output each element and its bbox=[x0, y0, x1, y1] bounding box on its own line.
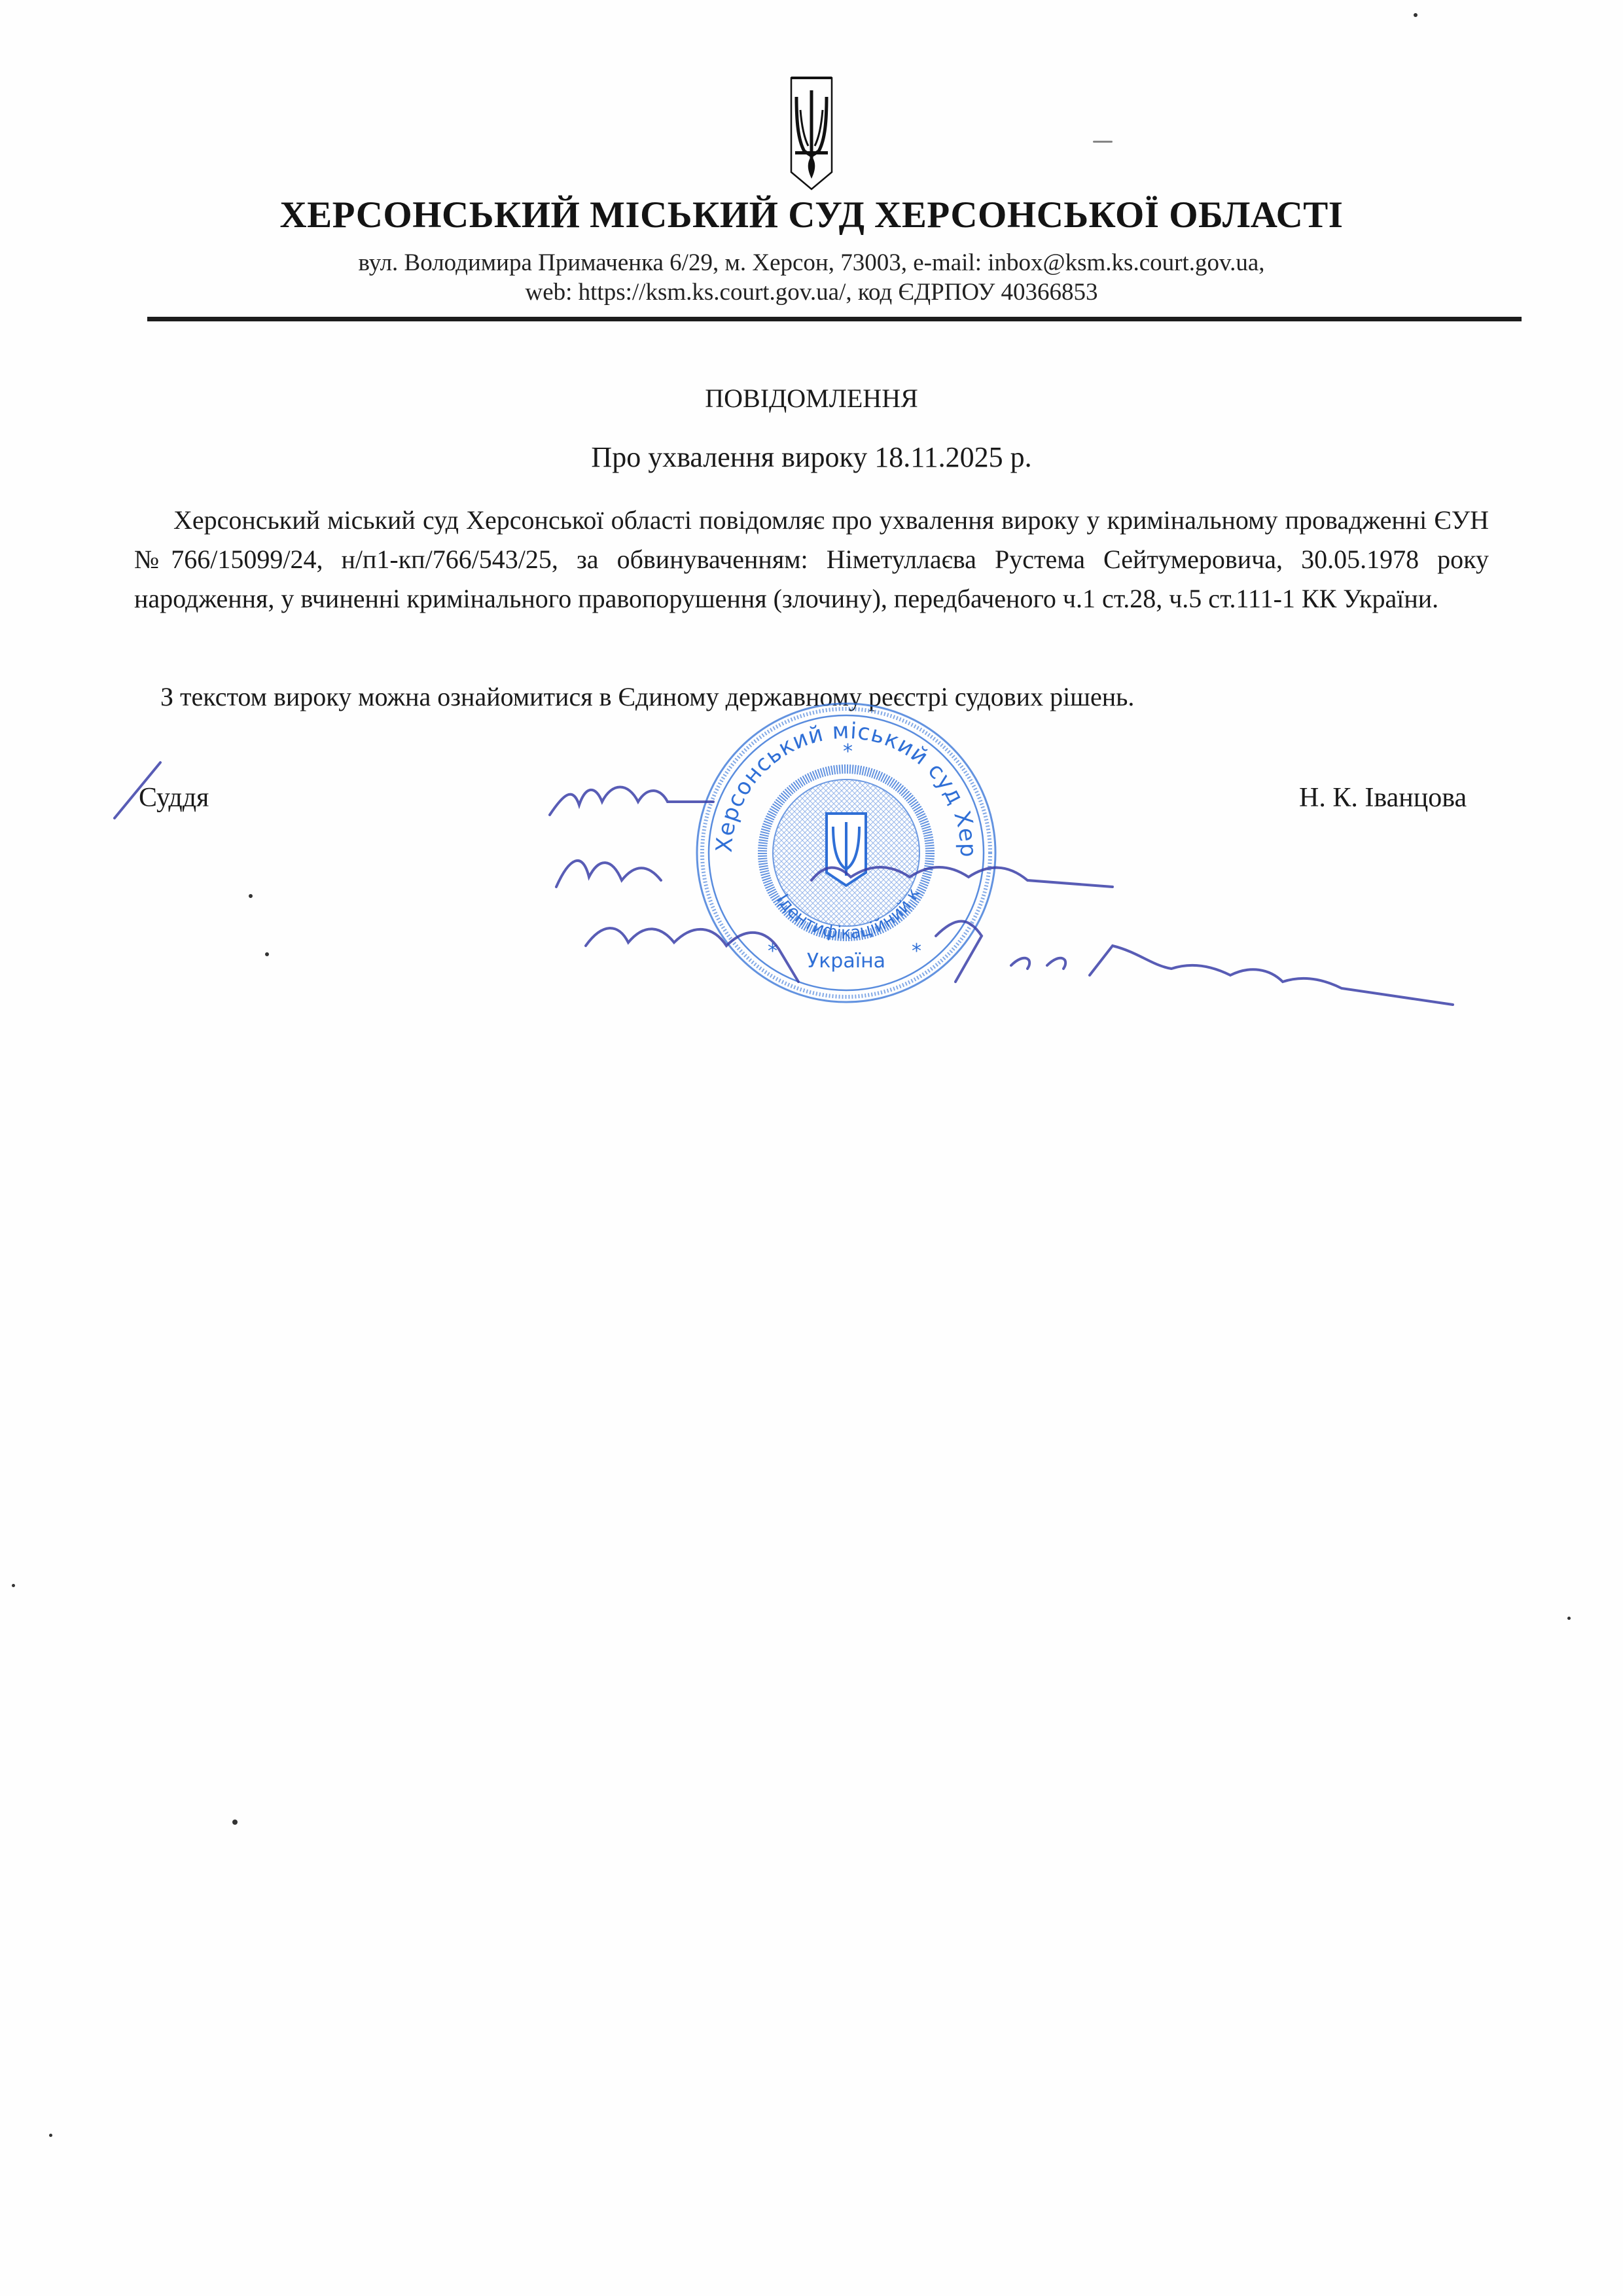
document-subject: Про ухвалення вироку 18.11.2025 р. bbox=[0, 440, 1623, 474]
scan-speck bbox=[49, 2134, 52, 2137]
scan-speck bbox=[232, 1820, 238, 1825]
court-name: ХЕРСОНСЬКИЙ МІСЬКИЙ СУД ХЕРСОНСЬКОЇ ОБЛА… bbox=[0, 194, 1623, 236]
handwritten-signature-notes bbox=[0, 0, 1623, 2296]
document-page: ХЕРСОНСЬКИЙ МІСЬКИЙ СУД ХЕРСОНСЬКОЇ ОБЛА… bbox=[0, 0, 1623, 2296]
document-type: ПОВІДОМЛЕННЯ bbox=[0, 383, 1623, 414]
scan-speck bbox=[12, 1584, 15, 1587]
notice-paragraph-main: Херсонський міський суд Херсонської обла… bbox=[134, 501, 1489, 619]
court-address: вул. Володимира Примаченка 6/29, м. Херс… bbox=[0, 249, 1623, 277]
svg-text:*: * bbox=[843, 740, 853, 763]
scan-speck bbox=[265, 952, 269, 956]
svg-text:*: * bbox=[768, 940, 777, 963]
court-seal-stamp: Херсонський міський суд Херсонської обла… bbox=[692, 699, 1000, 1007]
scan-speck bbox=[1093, 141, 1113, 143]
scan-speck bbox=[1414, 13, 1418, 17]
stamp-bottom-text: Україна bbox=[807, 950, 885, 973]
scan-speck bbox=[1567, 1617, 1571, 1620]
letterhead-divider bbox=[147, 317, 1522, 321]
ukraine-trident-icon bbox=[789, 74, 834, 192]
court-web-and-code: web: https://ksm.ks.court.gov.ua/, код Є… bbox=[0, 278, 1623, 306]
scan-speck bbox=[249, 894, 253, 898]
judge-role-label: Суддя bbox=[139, 782, 209, 814]
svg-text:*: * bbox=[912, 940, 921, 963]
judge-name: Н. К. Іванцова bbox=[1299, 782, 1467, 814]
